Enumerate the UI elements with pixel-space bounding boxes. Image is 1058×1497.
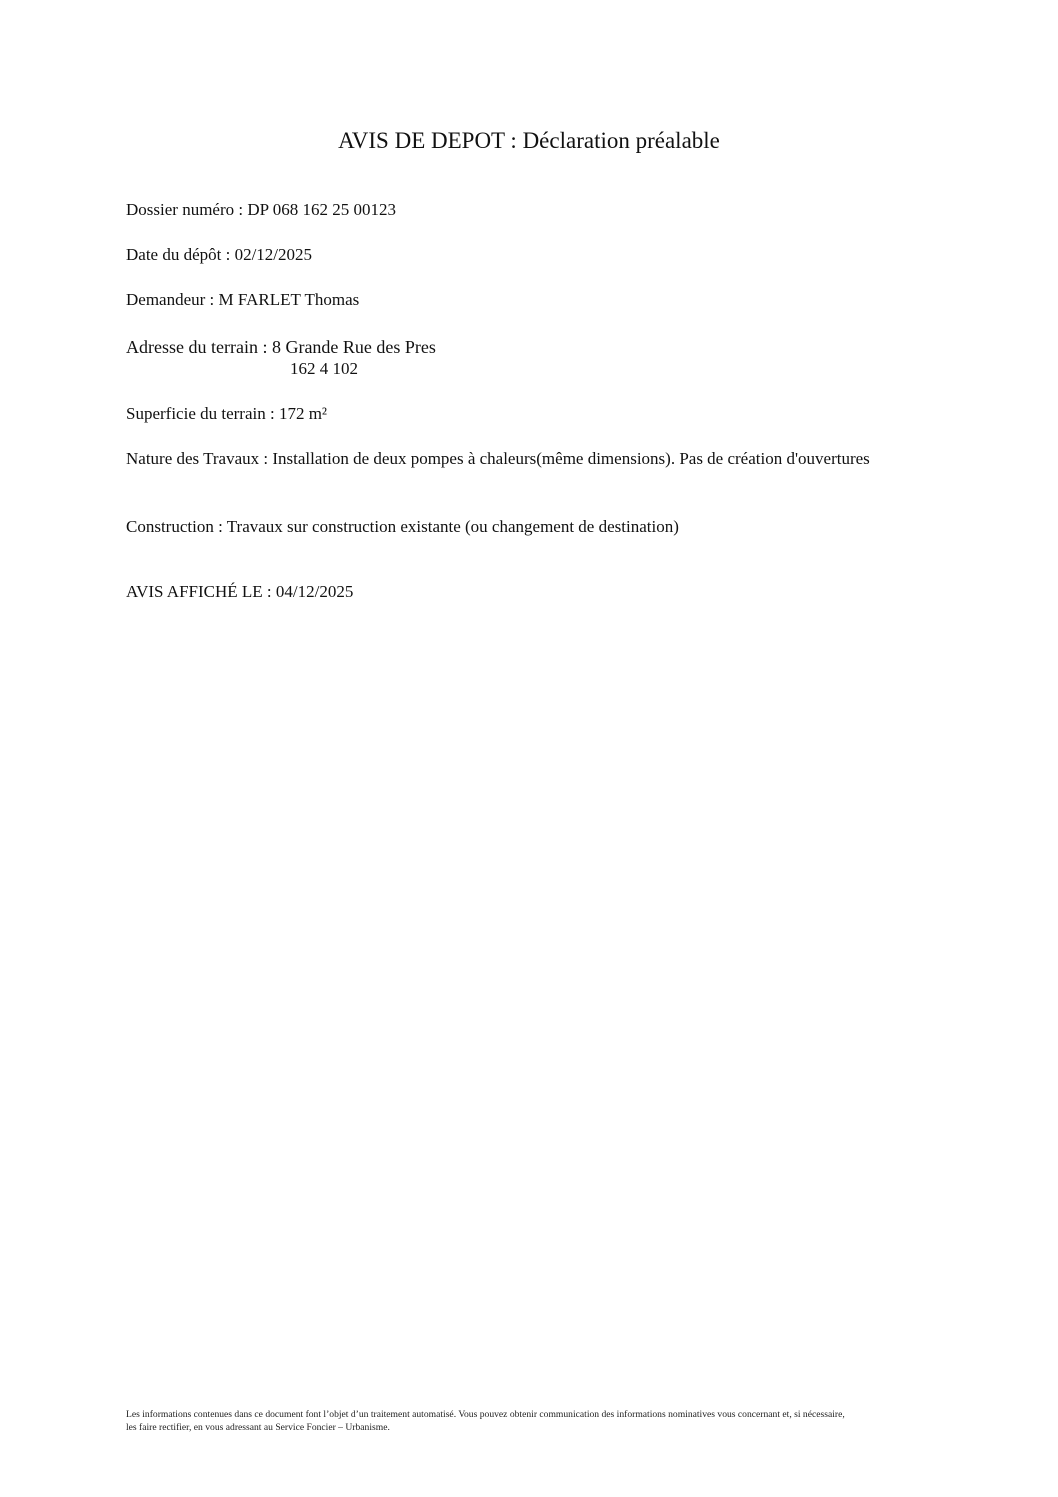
land-area: Superficie du terrain : 172 m² [126, 403, 327, 425]
footer-disclaimer: Les informations contenues dans ce docum… [126, 1408, 931, 1434]
applicant: Demandeur : M FARLET Thomas [126, 289, 359, 311]
land-address: Adresse du terrain : 8 Grande Rue des Pr… [126, 336, 436, 358]
dossier-number: Dossier numéro : DP 068 162 25 00123 [126, 199, 396, 221]
construction-type: Construction : Travaux sur construction … [126, 516, 679, 538]
deposit-date: Date du dépôt : 02/12/2025 [126, 244, 312, 266]
land-address-line2: 162 4 102 [290, 358, 358, 380]
document-title: AVIS DE DEPOT : Déclaration préalable [0, 126, 1058, 156]
notice-posted-date: AVIS AFFICHÉ LE : 04/12/2025 [126, 581, 353, 603]
footer-line-2: les faire rectifier, en vous adressant a… [126, 1421, 931, 1434]
works-nature: Nature des Travaux : Installation de deu… [126, 448, 906, 470]
footer-line-1: Les informations contenues dans ce docum… [126, 1408, 931, 1421]
